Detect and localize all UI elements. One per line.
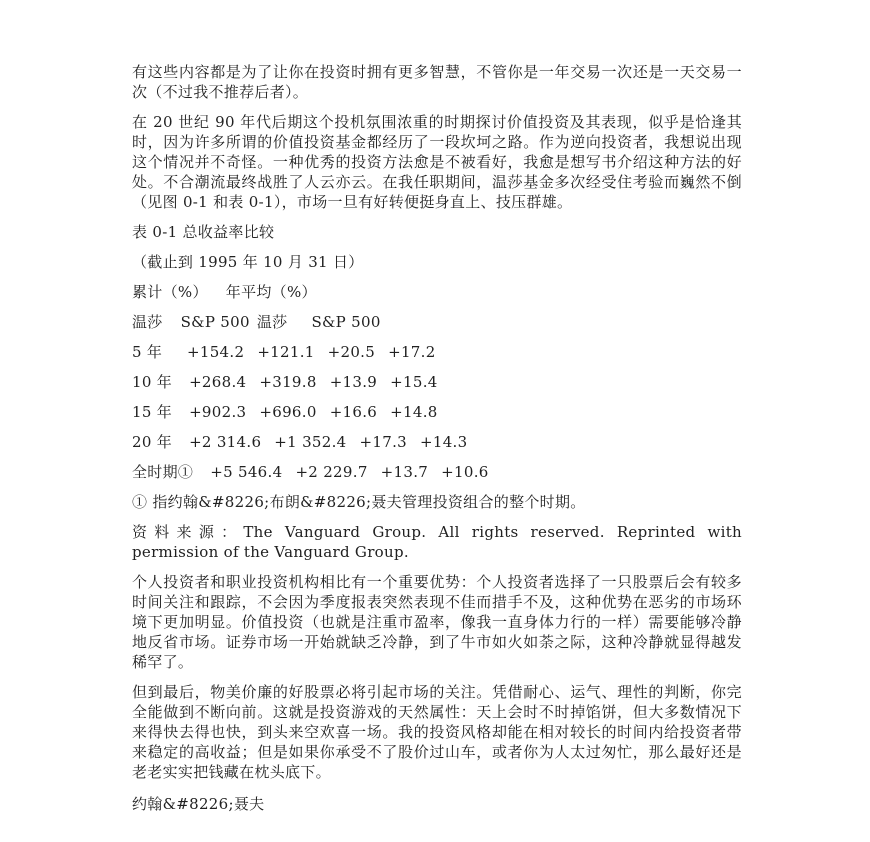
- cell-value: +319.8: [259, 372, 316, 392]
- paragraph-context: 在 20 世纪 90 年代后期这个投机氛围浓重的时期探讨价值投资及其表现，似乎是…: [132, 112, 742, 212]
- paragraph-intro: 有这些内容都是为了让你在投资时拥有更多智慧，不管你是一年交易一次还是一天交易一次…: [132, 62, 742, 102]
- paragraph-closing: 但到最后，物美价廉的好股票必将引起市场的关注。凭借耐心、运气、理性的判断，你完全…: [132, 682, 742, 782]
- cell-value: +1 352.4: [274, 432, 346, 452]
- table-row: 全时期① +5 546.4 +2 229.7 +13.7 +10.6: [132, 462, 742, 482]
- source-note: 资料来源：The Vanguard Group. All rights rese…: [132, 522, 742, 562]
- cell-value: +2 229.7: [295, 462, 367, 482]
- column-header: 温莎: [132, 312, 163, 332]
- table-row: 5 年 +154.2 +121.1 +20.5 +17.2: [132, 342, 742, 362]
- table-group-headers: 累计（%） 年平均（%）: [132, 282, 742, 302]
- table-row: 10 年 +268.4 +319.8 +13.9 +15.4: [132, 372, 742, 392]
- document-page: 有这些内容都是为了让你在投资时拥有更多智慧，不管你是一年交易一次还是一天交易一次…: [0, 0, 870, 842]
- row-label: 15 年: [132, 402, 172, 422]
- table-caption: 表 0-1 总收益率比较: [132, 222, 742, 242]
- table-date-note: （截止到 1995 年 10 月 31 日）: [132, 252, 742, 272]
- row-label: 20 年: [132, 432, 172, 452]
- cell-value: +15.4: [390, 372, 437, 392]
- cell-value: +14.3: [420, 432, 467, 452]
- table-row: 20 年 +2 314.6 +1 352.4 +17.3 +14.3: [132, 432, 742, 452]
- signature: 约翰&#8226;聂夫: [132, 794, 742, 814]
- table-row: 15 年 +902.3 +696.0 +16.6 +14.8: [132, 402, 742, 422]
- table-column-headers: 温莎 S&P 500 温莎 S&P 500: [132, 312, 742, 332]
- row-label: 5 年: [132, 342, 170, 362]
- cell-value: +13.7: [381, 462, 428, 482]
- paragraph-individual-investors: 个人投资者和职业投资机构相比有一个重要优势：个人投资者选择了一只股票后会有较多时…: [132, 572, 742, 672]
- cell-value: +154.2: [187, 342, 244, 362]
- cell-value: +16.6: [330, 402, 377, 422]
- cell-value: +268.4: [189, 372, 246, 392]
- table-footnote: ① 指约翰&#8226;布朗&#8226;聂夫管理投资组合的整个时期。: [132, 492, 742, 512]
- column-header: 温莎: [257, 312, 288, 332]
- column-header: S&P 500: [181, 312, 250, 332]
- cell-value: +10.6: [441, 462, 488, 482]
- cell-value: +5 546.4: [210, 462, 282, 482]
- group-header-annual-average: 年平均（%）: [226, 282, 317, 302]
- cell-value: +902.3: [189, 402, 246, 422]
- cell-value: +17.3: [360, 432, 407, 452]
- cell-value: +696.0: [259, 402, 316, 422]
- group-header-cumulative: 累计（%）: [132, 282, 208, 302]
- cell-value: +2 314.6: [189, 432, 261, 452]
- cell-value: +13.9: [330, 372, 377, 392]
- column-header: S&P 500: [311, 312, 380, 332]
- row-label: 10 年: [132, 372, 172, 392]
- cell-value: +14.8: [390, 402, 437, 422]
- cell-value: +20.5: [328, 342, 375, 362]
- cell-value: +17.2: [388, 342, 435, 362]
- row-label: 全时期①: [132, 462, 193, 482]
- cell-value: +121.1: [257, 342, 314, 362]
